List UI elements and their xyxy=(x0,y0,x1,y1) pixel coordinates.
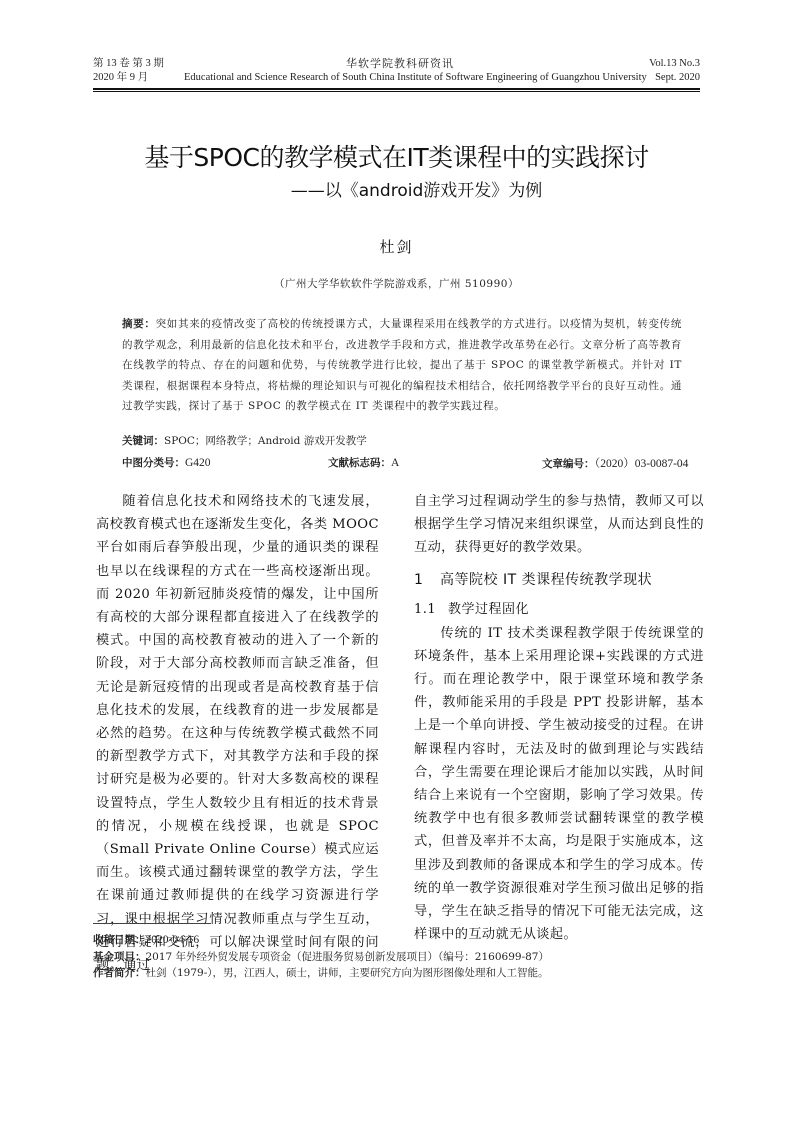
received-value: 2020-04-16 xyxy=(146,934,200,946)
header-volume-en: Vol.13 No.3 Sept. 2020 xyxy=(649,57,700,85)
section-heading-1: 1高等院校 IT 类课程传统教学现状 xyxy=(414,566,704,594)
clc-value: G420 xyxy=(185,457,211,469)
header-issue-info: 第 13 卷 第 3 期 2020 年 9 月 xyxy=(93,57,164,85)
subsection-heading-1-1: 1.1教学过程固化 xyxy=(414,598,704,622)
section-number: 1 xyxy=(414,566,440,594)
footnotes: 收稿日期：2020-04-16 基金项目：2017 年外经外贸发展专项资金（促进… xyxy=(93,932,693,982)
article-no-value: （2020）03-0087-04 xyxy=(595,458,689,470)
journal-title-en: Educational and Science Research of Sout… xyxy=(184,71,610,85)
body-right-column: 自主学习过程调动学生的参与热情，教师又可以根据学生学习情况来组织课堂，从而达到良… xyxy=(414,490,704,946)
bio-value: 杜剑（1979-），男，江西人，硕士，讲师，主要研究方向为图形图像处理和人工智能… xyxy=(146,967,549,979)
header-date-cn: 2020 年 9 月 xyxy=(93,71,164,85)
doc-code-label: 文献标志码： xyxy=(328,457,391,469)
header-volume-issue: 第 13 卷 第 3 期 xyxy=(93,57,164,71)
section-title: 高等院校 IT 类课程传统教学现状 xyxy=(440,572,652,588)
doc-code-value: A xyxy=(391,457,399,469)
header-vol-no: Vol.13 No.3 xyxy=(649,57,700,71)
bio-label: 作者简介： xyxy=(93,967,146,979)
article-subtitle: ——以《android游戏开发》为例 xyxy=(60,176,733,201)
journal-title-cn: 华软学院教科研资讯 xyxy=(190,57,610,71)
header-rule-thin xyxy=(93,91,700,92)
header-rule-thick xyxy=(93,88,700,90)
article-no-label: 文章编号： xyxy=(542,458,595,470)
fund-label: 基金项目： xyxy=(93,951,146,963)
keywords-text: SPOC；网络教学；Android 游戏开发教学 xyxy=(164,435,367,447)
fund-value: 2017 年外经外贸发展专项资金（促进服务贸易创新发展项目）（编号：216069… xyxy=(146,951,549,963)
keywords-label: 关键词： xyxy=(122,435,164,447)
document-code: 文献标志码：A xyxy=(328,455,399,470)
received-date: 收稿日期：2020-04-16 xyxy=(93,932,693,949)
abstract: 摘要：突如其来的疫情改变了高校的传统授课方式，大量课程采用在线教学的方式进行。以… xyxy=(122,314,682,417)
subsection-title: 教学过程固化 xyxy=(448,602,529,617)
author-name: 杜剑 xyxy=(0,236,793,257)
author-affiliation: （广州大学华软软件学院游戏系，广州 510990） xyxy=(0,276,793,291)
subsection-paragraph: 传统的 IT 技术类课程教学限于传统课堂的环境条件，基本上采用理论课+实践课的方… xyxy=(414,622,704,947)
abstract-text: 突如其来的疫情改变了高校的传统授课方式，大量课程采用在线教学的方式进行。以疫情为… xyxy=(122,318,682,412)
header-journal: 华软学院教科研资讯 Educational and Science Resear… xyxy=(190,57,610,85)
header-date-en: Sept. 2020 xyxy=(649,71,700,85)
article-title: 基于SPOC的教学模式在IT类课程中的实践探讨 xyxy=(60,138,733,174)
subsection-number: 1.1 xyxy=(414,598,448,622)
fund-project: 基金项目：2017 年外经外贸发展专项资金（促进服务贸易创新发展项目）（编号：2… xyxy=(93,949,693,966)
clc-code: 中图分类号：G420 xyxy=(122,455,211,470)
keywords: 关键词：SPOC；网络教学；Android 游戏开发教学 xyxy=(122,433,682,448)
intro-paragraph-continued: 自主学习过程调动学生的参与热情，教师又可以根据学生学习情况来组织课堂，从而达到良… xyxy=(414,490,704,560)
intro-paragraph: 随着信息化技术和网络技术的飞速发展，高校教育模式也在逐渐发生变化，各类 MOOC… xyxy=(96,490,379,977)
article-number: 文章编号：（2020）03-0087-04 xyxy=(542,455,688,471)
received-label: 收稿日期： xyxy=(93,934,146,946)
clc-label: 中图分类号： xyxy=(122,457,185,469)
body-left-column: 随着信息化技术和网络技术的飞速发展，高校教育模式也在逐渐发生变化，各类 MOOC… xyxy=(96,490,379,977)
abstract-label: 摘要： xyxy=(122,318,156,330)
author-bio: 作者简介：杜剑（1979-），男，江西人，硕士，讲师，主要研究方向为图形图像处理… xyxy=(93,965,693,982)
footnote-rule xyxy=(93,923,211,924)
